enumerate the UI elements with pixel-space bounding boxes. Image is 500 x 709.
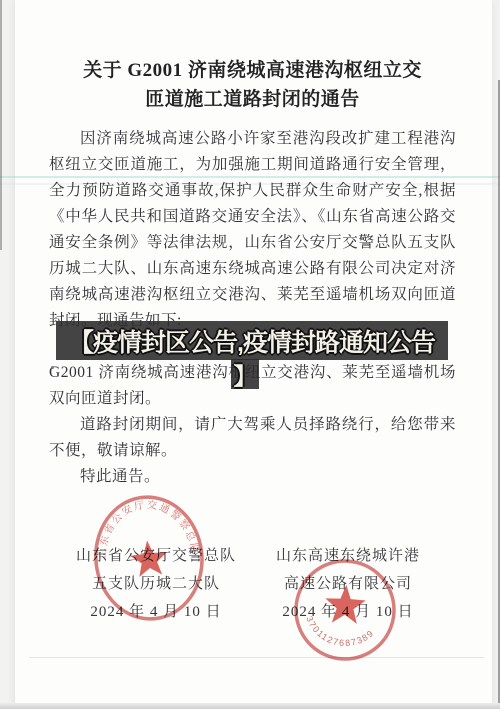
seal-company-arc-number: 3701127687389 [303,614,377,650]
seal-company-star-icon [324,584,366,625]
notice-text-block: 关于 G2001 济南绕城高速港沟枢纽立交 匝道施工道路封闭的通告 因济南绕城高… [15,0,492,490]
svg-text:3701127687389: 3701127687389 [303,614,377,650]
caption-overlay-text: 【疫情封区公告,疫情封路通知公告 [69,323,435,359]
page-fold-line [29,657,484,658]
red-seal-company: 3701127687389 [288,553,402,667]
notice-paragraph-intro: 因济南绕城高速公路小许家至港沟段改扩建工程港沟枢纽立交匝道施工，为加强施工期间道… [49,126,456,334]
notice-title-line2: 匝道施工道路封闭的通告 [49,85,456,114]
document-photo: 关于 G2001 济南绕城高速港沟枢纽立交 匝道施工道路封闭的通告 因济南绕城高… [0,0,500,709]
notice-title-line1: 关于 G2001 济南绕城高速港沟枢纽立交 [49,56,456,85]
notice-paragraph-apology: 道路封闭期间，请广大驾乘人员择路绕行，给您带来不便，敬请谅解。 [49,412,456,464]
ink-speck [51,366,54,369]
photo-edge-artifact-left [0,0,2,250]
seal-police-star-icon [129,539,170,578]
notice-title: 关于 G2001 济南绕城高速港沟枢纽立交 匝道施工道路封闭的通告 [49,56,456,114]
photo-edge-artifact-bottom [0,703,500,709]
caption-overlay-closing-bracket: 】 [231,359,259,389]
notice-paragraph-final: 特此通告。 [49,464,456,490]
caption-overlay-band: 【疫情封区公告,疫情封路通知公告 [56,321,448,360]
red-seal-police: 山东省公安厅交通警察总队 [86,488,213,629]
